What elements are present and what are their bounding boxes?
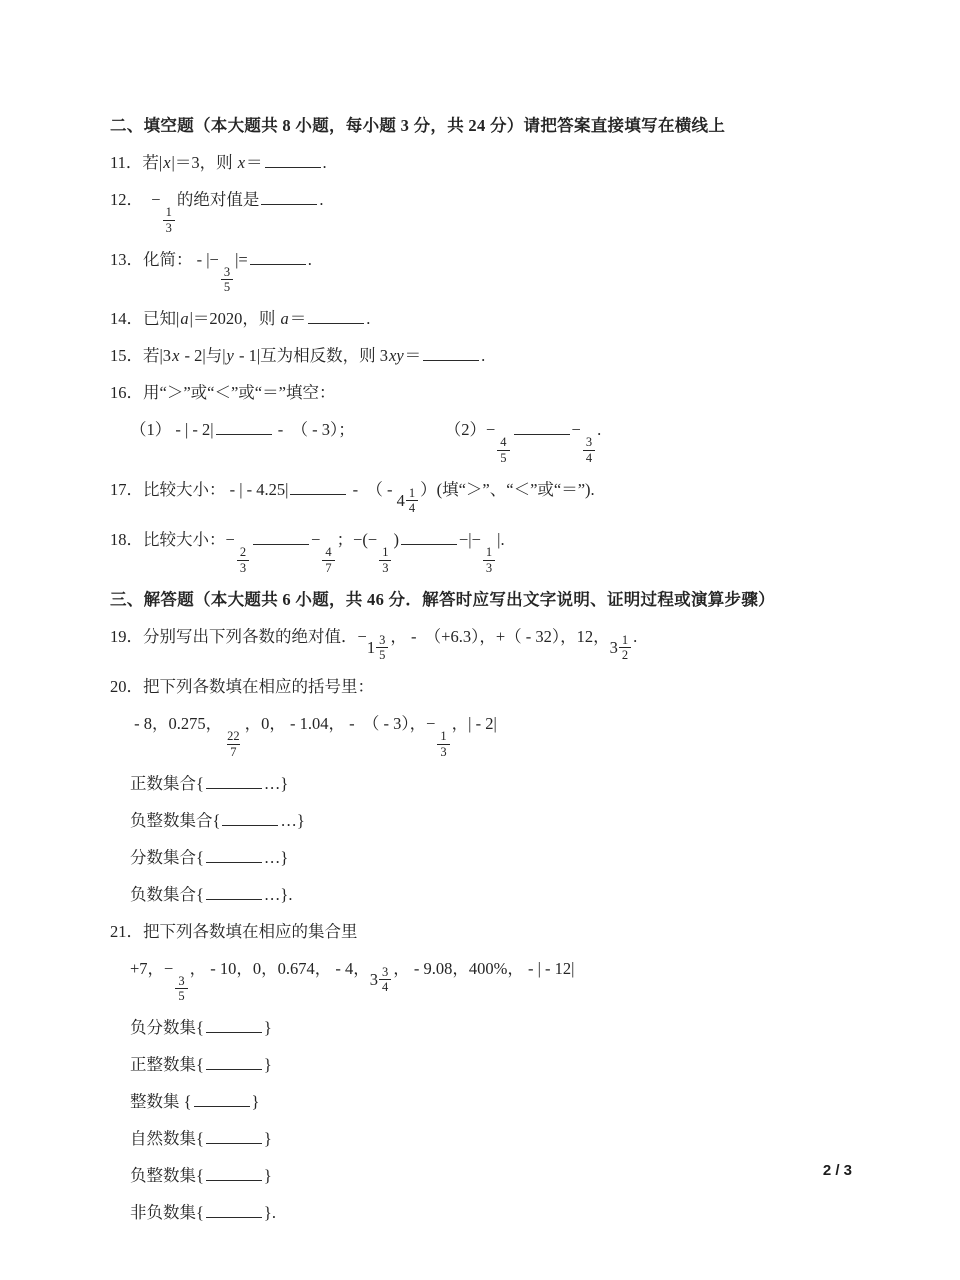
text: …}: [264, 774, 288, 793]
fraction: 227: [224, 729, 243, 760]
fraction-numerator: 22: [224, 729, 243, 744]
text: 14．已知|: [110, 309, 179, 328]
fraction-numerator: 4: [497, 435, 509, 450]
text: }: [264, 1018, 272, 1037]
math-variable: a: [280, 309, 290, 328]
text: …}: [264, 848, 288, 867]
set-negative-integer: 负整数集合{…}: [110, 807, 890, 834]
text: |=: [235, 250, 248, 269]
text: ， - 9.08，400%， - | - 12|: [393, 959, 574, 978]
text: ， - （+6.3），+（ - 32），12，: [390, 627, 609, 646]
fraction-numerator: 1: [483, 545, 495, 560]
fraction: 47: [322, 545, 334, 576]
text: 整数集 {: [130, 1092, 192, 1111]
text: }: [264, 1129, 272, 1148]
question-13: 13．化简： - |−35|=.: [110, 246, 890, 296]
fraction-numerator: 3: [221, 265, 233, 280]
question-17: 17．比较大小： - | - 4.25| - （ - 414）(填“＞”、“＜”…: [110, 476, 890, 517]
question-14: 14．已知|a|＝2020，则 a＝.: [110, 305, 890, 332]
answer-blank: [216, 418, 272, 435]
text: .: [633, 627, 637, 646]
math-variable: y: [226, 346, 235, 365]
answer-blank: [206, 1016, 262, 1033]
question-20: 20．把下列各数填在相应的括号里：: [110, 673, 890, 700]
fraction-numerator: 3: [379, 965, 391, 980]
mixed-number: 414: [397, 486, 421, 517]
text: ，0， - 1.04， - （ - 3），−: [245, 714, 436, 733]
text: 13．化简： - |−: [110, 250, 219, 269]
text: （1） - | - 2|: [130, 420, 214, 439]
mixed-number-whole: 3: [610, 640, 618, 657]
text: 21．把下列各数填在相应的集合里: [110, 922, 358, 941]
fraction: 35: [175, 974, 187, 1005]
text: 自然数集{: [130, 1129, 204, 1148]
text: +7，−: [130, 959, 173, 978]
question-12: 12． −13的绝对值是.: [110, 186, 890, 236]
mixed-number: 312: [610, 633, 634, 664]
text: −|−: [459, 530, 481, 549]
text: ): [393, 530, 399, 549]
text: .: [597, 420, 601, 439]
answer-blank: [206, 882, 262, 899]
fraction: 34: [379, 965, 391, 996]
mixed-number-whole: 4: [397, 493, 405, 510]
answer-blank: [290, 477, 346, 494]
page-indicator: 2 / 3: [823, 1162, 852, 1179]
mixed-number-whole: 1: [367, 640, 375, 657]
set-positive: 正数集合{…}: [110, 770, 890, 797]
set-fraction: 分数集合{…}: [110, 844, 890, 871]
set-negative-fraction: 负分数集{}: [110, 1014, 890, 1041]
answer-blank: [253, 528, 309, 545]
text: 的绝对值是: [177, 190, 260, 209]
question-21: 21．把下列各数填在相应的集合里: [110, 918, 890, 945]
fraction-numerator: 1: [619, 633, 631, 648]
answer-blank: [265, 151, 321, 168]
text: …}: [280, 811, 304, 830]
text: ）(填“＞”、“＜”或“＝”).: [420, 480, 595, 499]
text: 正数集合{: [130, 774, 204, 793]
answer-blank: [514, 418, 570, 435]
question-18: 18．比较大小：−23−47；−(−13)−|−13|.: [110, 526, 890, 576]
answer-blank: [423, 344, 479, 361]
fraction: 13: [483, 545, 495, 576]
set-positive-integer: 正整数集{}: [110, 1051, 890, 1078]
text: |＝3，则: [172, 153, 237, 172]
text: 分数集合{: [130, 848, 204, 867]
text: .: [366, 309, 370, 328]
text: 16．用“＞”或“＜”或“＝”填空：: [110, 383, 335, 402]
question-16: 16．用“＞”或“＜”或“＝”填空：: [110, 379, 890, 406]
fraction-numerator: 4: [322, 545, 334, 560]
fraction: 14: [406, 486, 418, 517]
fraction-denominator: 2: [619, 647, 631, 663]
fraction: 34: [583, 435, 595, 466]
text: ＝: [246, 153, 263, 172]
text: 负整数集{: [130, 1166, 204, 1185]
text: - （ - 3）；: [274, 420, 355, 439]
answer-blank: [206, 1053, 262, 1070]
text: 负分数集{: [130, 1018, 204, 1037]
fraction-denominator: 5: [376, 647, 388, 663]
text: 19．分别写出下列各数的绝对值．−: [110, 627, 367, 646]
fraction-denominator: 5: [221, 279, 233, 295]
fraction-denominator: 3: [483, 560, 495, 576]
answer-blank: [206, 1201, 262, 1218]
math-variable: a: [179, 309, 189, 328]
fraction-numerator: 1: [406, 486, 418, 501]
fraction-numerator: 3: [175, 974, 187, 989]
fraction-denominator: 4: [583, 450, 595, 466]
text: ＝: [405, 346, 422, 365]
mixed-number: 135: [367, 633, 391, 664]
answer-blank: [206, 845, 262, 862]
mixed-number-whole: 3: [370, 972, 378, 989]
fraction-denominator: 5: [175, 988, 187, 1004]
text: }.: [264, 1203, 276, 1222]
fraction: 13: [437, 729, 449, 760]
text: ，| - 2|: [452, 714, 497, 733]
text: |.: [497, 530, 504, 549]
fraction: 35: [221, 265, 233, 296]
fraction-numerator: 1: [163, 205, 175, 220]
text: .: [481, 346, 485, 365]
answer-blank: [206, 771, 262, 788]
text: 三、解答题（本大题共 6 小题，共 46 分．解答时应写出文字说明、证明过程或演…: [110, 590, 775, 609]
question-19: 19．分别写出下列各数的绝对值．−135， - （+6.3），+（ - 32），…: [110, 623, 890, 664]
set-negative-integer-2: 负整数集{}: [110, 1162, 890, 1189]
fraction-denominator: 5: [497, 450, 509, 466]
set-natural: 自然数集{}: [110, 1125, 890, 1152]
set-non-negative: 非负数集{}.: [110, 1199, 890, 1226]
text: .: [308, 250, 312, 269]
fraction-denominator: 7: [227, 744, 239, 760]
fraction-denominator: 7: [322, 560, 334, 576]
question-16-parts: （1） - | - 2| - （ - 3）；（2）−45−34.: [110, 416, 890, 466]
text: - （ -: [348, 480, 396, 499]
question-21-numbers: +7，−35， - 10，0，0.674， - 4，334， - 9.08，40…: [110, 955, 890, 1005]
fraction-numerator: 2: [237, 545, 249, 560]
fraction: 45: [497, 435, 509, 466]
text: 二、填空题（本大题共 8 小题，每小题 3 分，共 24 分）请把答案直接填写在…: [110, 116, 725, 135]
text: - 8，0.275，: [130, 714, 222, 733]
answer-blank: [206, 1127, 262, 1144]
math-variable: x: [162, 153, 171, 172]
fraction-numerator: 3: [376, 633, 388, 648]
text: .: [319, 190, 323, 209]
fraction-denominator: 3: [237, 560, 249, 576]
fraction-denominator: 3: [163, 220, 175, 236]
answer-blank: [206, 1164, 262, 1181]
fraction: 23: [237, 545, 249, 576]
answer-blank: [222, 808, 278, 825]
fraction-numerator: 1: [379, 545, 391, 560]
set-negative: 负数集合{…}.: [110, 881, 890, 908]
text: 20．把下列各数填在相应的括号里：: [110, 677, 374, 696]
text: 18．比较大小：−: [110, 530, 235, 549]
text: （2）−: [445, 420, 496, 439]
text: 负整数集合{: [130, 811, 220, 830]
answer-blank: [401, 528, 457, 545]
fraction-denominator: 3: [437, 744, 449, 760]
text: −: [311, 530, 320, 549]
text: .: [323, 153, 327, 172]
fraction: 12: [619, 633, 631, 664]
text: 正整数集{: [130, 1055, 204, 1074]
text: - 1|互为相反数，则 3: [235, 346, 388, 365]
set-integer: 整数集 {}: [110, 1088, 890, 1115]
question-15: 15．若|3x - 2|与|y - 1|互为相反数，则 3xy＝.: [110, 342, 890, 369]
text: ＝: [290, 309, 307, 328]
fraction-numerator: 3: [583, 435, 595, 450]
answer-blank: [250, 247, 306, 264]
fraction: 13: [379, 545, 391, 576]
mixed-number: 334: [370, 965, 394, 996]
text: }: [264, 1166, 272, 1185]
text: }: [264, 1055, 272, 1074]
fraction: 13: [163, 205, 175, 236]
text: }: [252, 1092, 260, 1111]
answer-blank: [194, 1090, 250, 1107]
text: …}.: [264, 885, 293, 904]
math-variable: x: [171, 346, 180, 365]
math-variable: xy: [388, 346, 405, 365]
text: 非负数集{: [130, 1203, 204, 1222]
answer-blank: [261, 188, 317, 205]
exam-page: 二、填空题（本大题共 8 小题，每小题 3 分，共 24 分）请把答案直接填写在…: [0, 0, 960, 1280]
section-heading-3: 三、解答题（本大题共 6 小题，共 46 分．解答时应写出文字说明、证明过程或演…: [110, 586, 890, 613]
text: - 2|与|: [180, 346, 225, 365]
text: 负数集合{: [130, 885, 204, 904]
fraction: 35: [376, 633, 388, 664]
fraction-denominator: 3: [379, 560, 391, 576]
text: ， - 10，0，0.674， - 4，: [190, 959, 370, 978]
section-heading-2: 二、填空题（本大题共 8 小题，每小题 3 分，共 24 分）请把答案直接填写在…: [110, 112, 890, 139]
fraction-denominator: 4: [379, 979, 391, 995]
answer-blank: [308, 307, 364, 324]
text: 12． −: [110, 190, 161, 209]
text: 11．若|: [110, 153, 162, 172]
fraction-numerator: 1: [437, 729, 449, 744]
text: 15．若|3: [110, 346, 171, 365]
document-body: 二、填空题（本大题共 8 小题，每小题 3 分，共 24 分）请把答案直接填写在…: [110, 112, 890, 1226]
fraction-denominator: 4: [406, 500, 418, 516]
question-20-numbers: - 8，0.275，227，0， - 1.04， - （ - 3），−13，| …: [110, 710, 890, 760]
text: |＝2020，则: [190, 309, 280, 328]
question-11: 11．若|x|＝3，则 x＝.: [110, 149, 890, 176]
math-variable: x: [237, 153, 246, 172]
text: ；−(−: [337, 530, 378, 549]
text: 17．比较大小： - | - 4.25|: [110, 480, 288, 499]
text: −: [572, 420, 581, 439]
